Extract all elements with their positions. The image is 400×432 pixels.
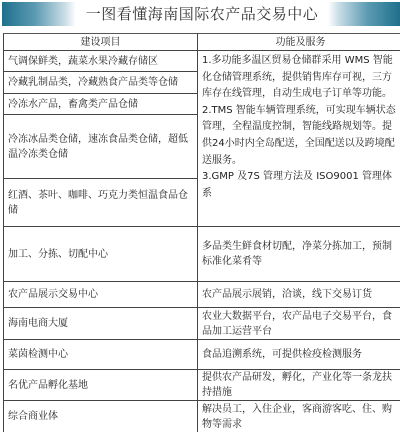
project-cell: 名优产品孵化基地	[4, 370, 198, 401]
service-paragraph: 2.TMS 智能车辆管理系统，可实现车辆状态管理，全程温度控制，智能线路规划等。…	[202, 103, 399, 169]
project-cell: 海南电商大厦	[4, 308, 198, 340]
project-cell: 综合商业体	[4, 401, 198, 432]
project-cell: 气调保鲜类，蔬菜水果冷藏存储区	[4, 51, 198, 72]
service-paragraph: 3.GMP 及7S 管理方法及 ISO9001 管理体系	[202, 169, 399, 202]
header-project: 建设项目	[4, 34, 198, 51]
service-cell: 农业大数据平台，农产品电子交易平台，食品加工运营平台	[198, 308, 400, 340]
service-cell: 食品追溯系统，可提供检疫检测服务	[198, 340, 400, 370]
banner-gradient-right	[328, 2, 400, 26]
table-row: 综合商业体 解决员工，入住企业，客商游客吃、住、购物等需求	[4, 401, 400, 432]
projects-table: 建设项目 功能及服务 气调保鲜类，蔬菜水果冷藏存储区 1.多功能多温区贸易仓储群…	[3, 33, 400, 432]
table-row: 海南电商大厦 农业大数据平台，农产品电子交易平台，食品加工运营平台	[4, 308, 400, 340]
table-row: 加工、分拣、切配中心 多品类生鲜食材切配，净菜分拣加工，预制标准化菜肴等	[4, 227, 400, 282]
project-cell: 冷藏乳制品类，冷藏熟食产品类等仓储	[4, 72, 198, 94]
service-cell: 解决员工，入住企业，客商游客吃、住、购物等需求	[198, 401, 400, 432]
service-cell: 多品类生鲜食材切配，净菜分拣加工，预制标准化菜肴等	[198, 227, 400, 282]
service-cell-merged: 1.多功能多温区贸易仓储群采用 WMS 智能化仓储管理系统，提供销售库存可视，三…	[198, 51, 400, 227]
table-row: 农产品展示交易中心 农产品展示展销，洽谈，线下交易订货	[4, 282, 400, 308]
project-cell: 红酒、茶叶、咖啡、巧克力类恒温食品仓储	[4, 179, 198, 227]
banner-gradient-left	[2, 2, 76, 26]
service-cell: 提供农产品研发，孵化，产业化等一条龙扶持措施	[198, 370, 400, 401]
table-row: 气调保鲜类，蔬菜水果冷藏存储区 1.多功能多温区贸易仓储群采用 WMS 智能化仓…	[4, 51, 400, 72]
project-cell: 菜茵检测中心	[4, 340, 198, 370]
table-row: 菜茵检测中心 食品追溯系统，可提供检疫检测服务	[4, 340, 400, 370]
table-row: 名优产品孵化基地 提供农产品研发，孵化，产业化等一条龙扶持措施	[4, 370, 400, 401]
title-banner: 一图看懂海南国际农产品交易中心	[0, 0, 400, 27]
project-cell: 农产品展示交易中心	[4, 282, 198, 308]
project-cell: 冷冻冰品类仓储，速冻食品类仓储，超低温冷冻类仓储	[4, 115, 198, 179]
service-cell: 农产品展示展销，洽谈，线下交易订货	[198, 282, 400, 308]
header-service: 功能及服务	[198, 34, 400, 51]
project-cell: 冷冻水产品，畜禽类产品仓储	[4, 94, 198, 115]
page-title: 一图看懂海南国际农产品交易中心	[76, 2, 328, 26]
project-cell: 加工、分拣、切配中心	[4, 227, 198, 282]
table-header-row: 建设项目 功能及服务	[4, 34, 400, 51]
service-paragraph: 1.多功能多温区贸易仓储群采用 WMS 智能化仓储管理系统，提供销售库存可视，三…	[202, 53, 399, 103]
